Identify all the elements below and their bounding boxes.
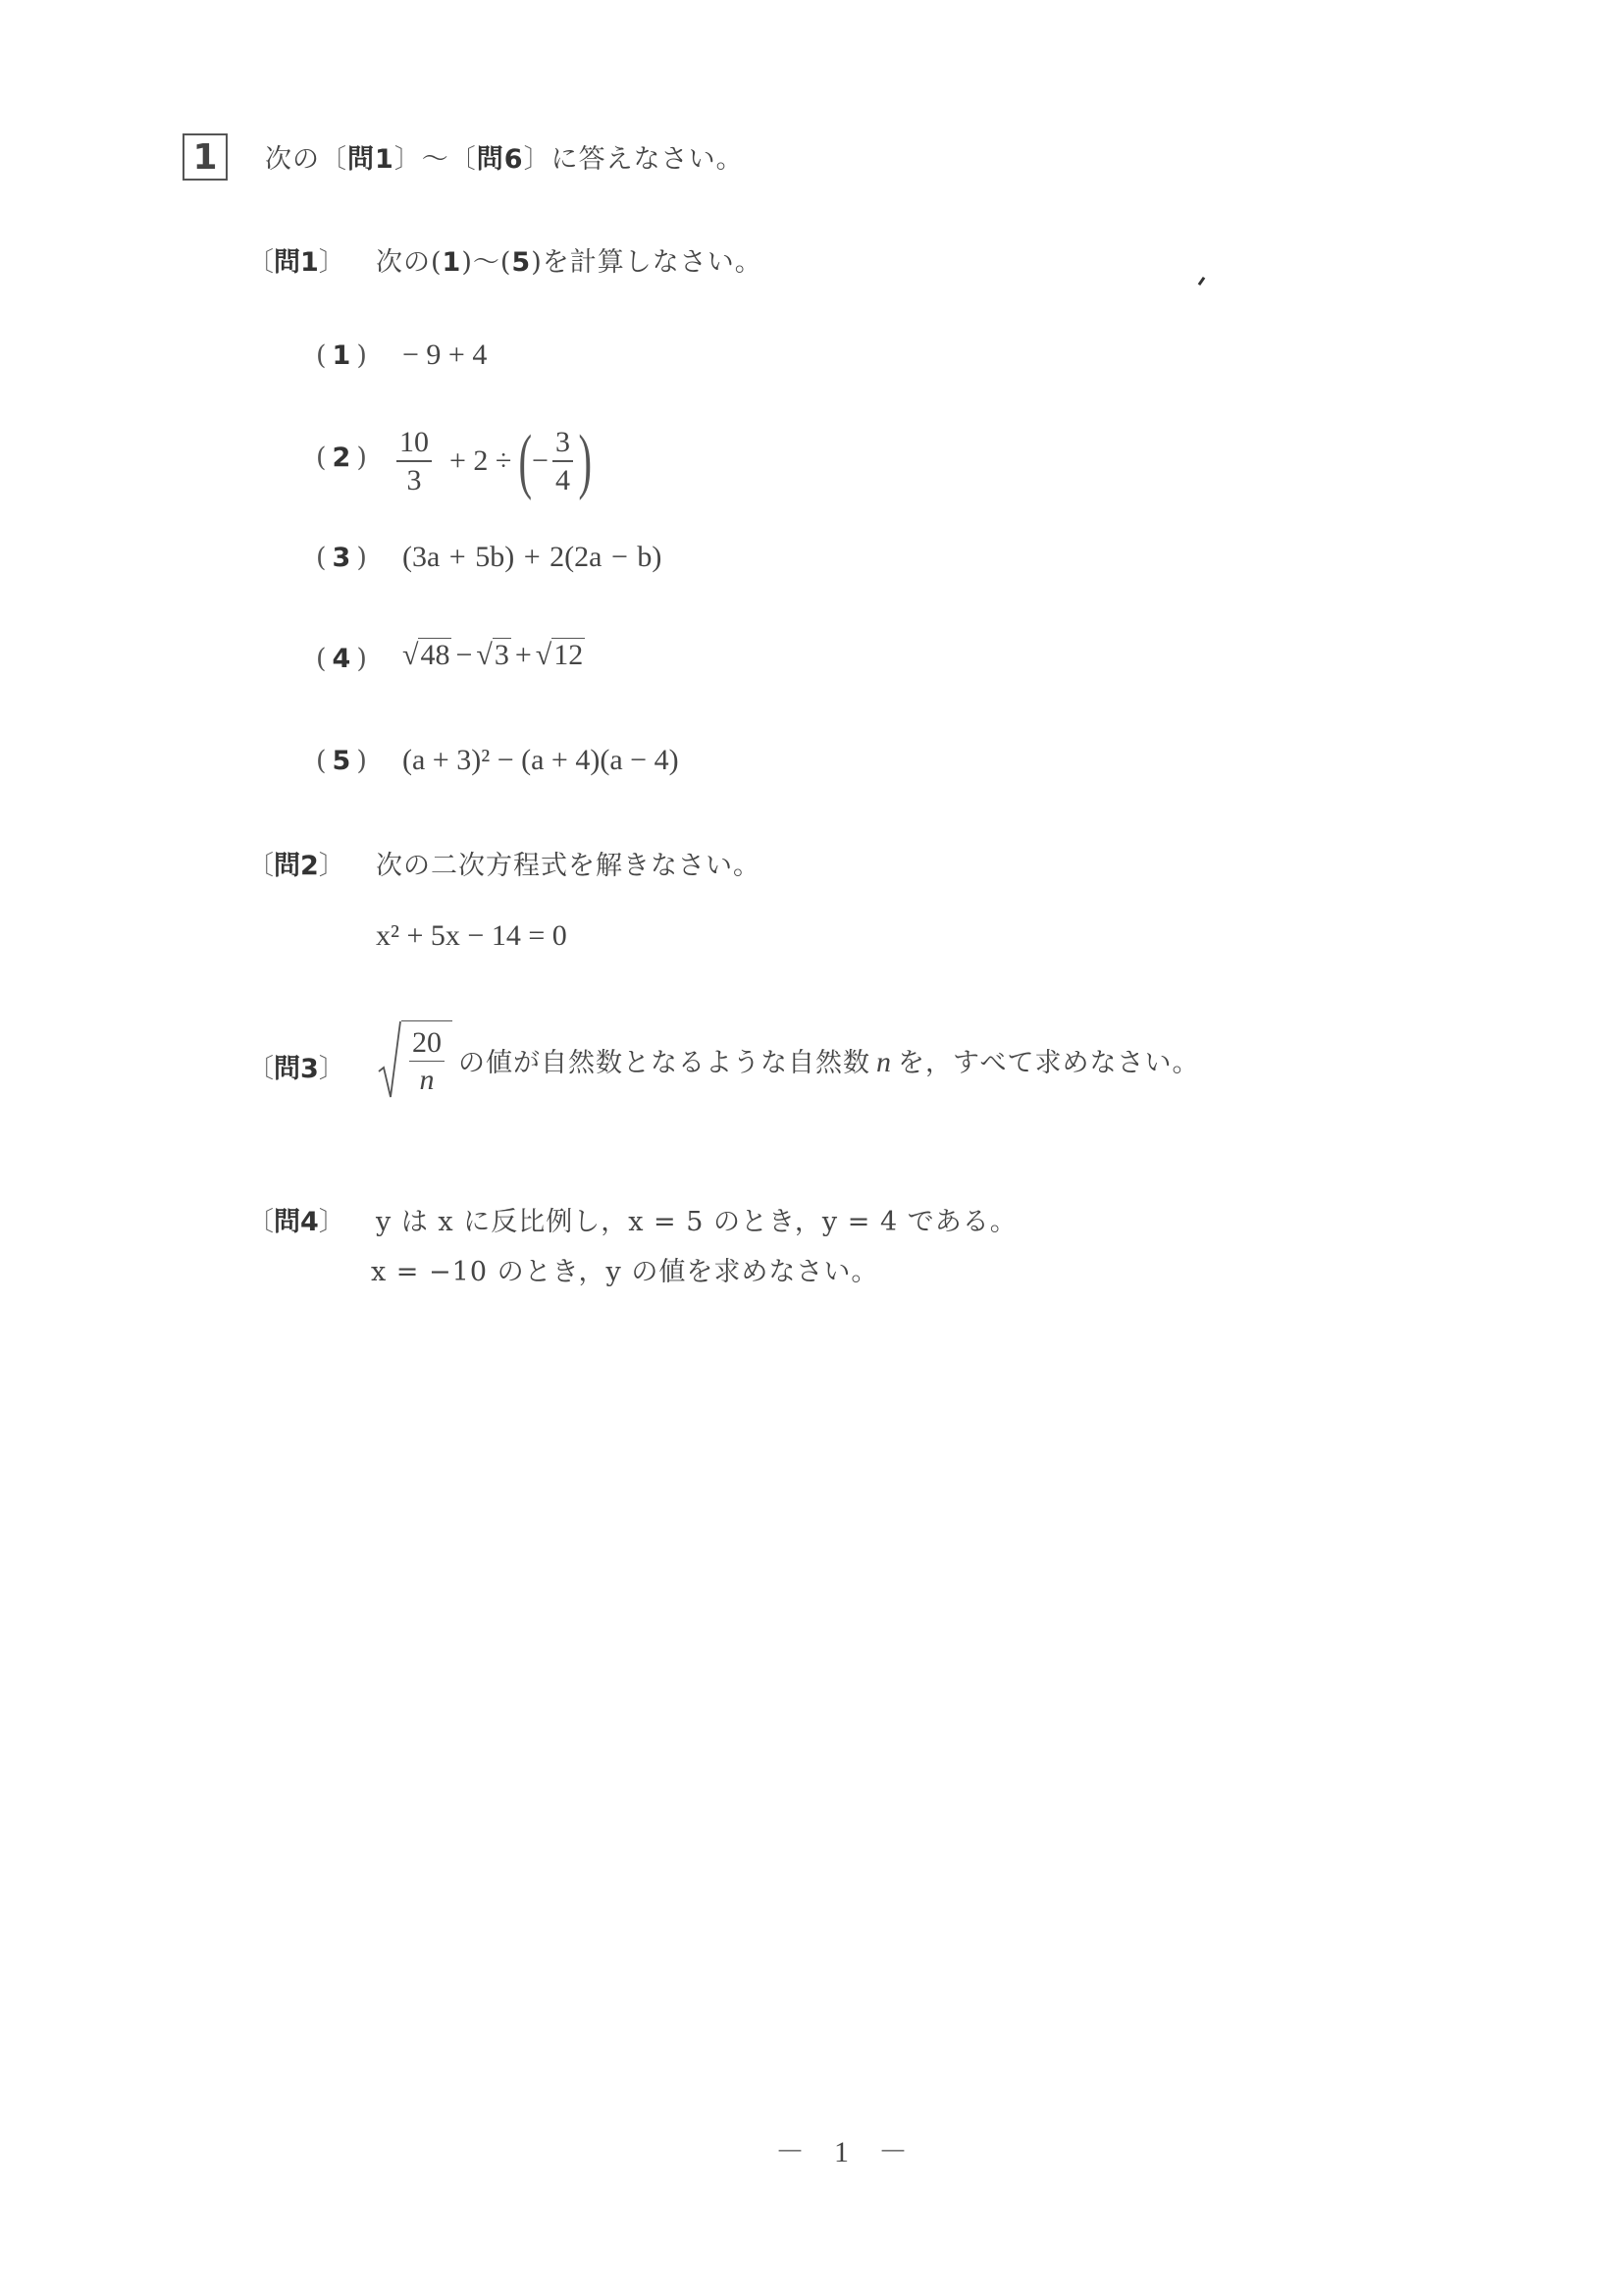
question-2-text: 次の二次方程式を解きなさい。 bbox=[376, 844, 760, 882]
question-4-line-2: x = −10 のとき，y の値を求めなさい。 bbox=[371, 1250, 878, 1288]
section-number-box: 1 bbox=[183, 133, 228, 181]
sqrt-3: √3 bbox=[476, 638, 510, 672]
sqrt-48: √48 bbox=[402, 638, 451, 672]
section-instruction: 次の〔問1〕～〔問6〕に答えなさい。 bbox=[265, 137, 744, 176]
page-number: － 1 － bbox=[775, 2127, 908, 2170]
question-4-line-1: y は x に反比例し，x = 5 のとき，y = 4 である。 bbox=[376, 1200, 1018, 1238]
instruction-post: に答えなさい。 bbox=[551, 144, 744, 175]
question-2-equation: x² + 5x − 14 = 0 bbox=[376, 919, 567, 953]
item-4-label: (4) bbox=[316, 644, 367, 674]
question-2-label: 〔問2〕 bbox=[247, 844, 345, 882]
bracket-open: 〔 bbox=[449, 144, 477, 175]
fraction-10-3: 10 3 bbox=[396, 426, 432, 496]
item-4-expression: √48 − √3 + √12 bbox=[402, 638, 585, 672]
bracket-close: 〕 bbox=[524, 144, 551, 175]
item-2-label: (2) bbox=[316, 443, 367, 473]
question-4-label: 〔問4〕 bbox=[247, 1200, 345, 1238]
item-3-expression: (3a + 5b) + 2(2a − b) bbox=[402, 541, 661, 574]
instruction-pre: 次の bbox=[265, 144, 320, 175]
bracket-close: 〕 bbox=[394, 144, 422, 175]
item-1-expression: − 9 + 4 bbox=[402, 339, 487, 372]
question-1-label: 〔問1〕 bbox=[247, 240, 345, 279]
question-1-text: 次の(1)～(5)を計算しなさい。 bbox=[376, 240, 762, 279]
fraction-3-4: 3 4 bbox=[552, 426, 573, 496]
item-3-label: (3) bbox=[316, 543, 367, 573]
bracket-open: 〔 bbox=[320, 144, 347, 175]
sqrt-20-over-n: 20 n bbox=[378, 1020, 452, 1099]
item-5-label: (5) bbox=[316, 746, 367, 776]
item-1-label: (1) bbox=[316, 340, 367, 371]
radical-sign-icon bbox=[378, 1020, 401, 1099]
question-3-text: の値が自然数となるような自然数nを，すべて求めなさい。 bbox=[458, 1041, 1199, 1079]
question-3-label: 〔問3〕 bbox=[247, 1047, 345, 1085]
sqrt-12: √12 bbox=[536, 638, 585, 672]
item-2-expression: 10 3 + 2 ÷ (− 3 4 ) bbox=[393, 417, 598, 505]
stray-mark bbox=[1198, 277, 1206, 286]
question-3-content: 20 n の値が自然数となるような自然数nを，すべて求めなさい。 bbox=[378, 1020, 1199, 1099]
instruction-tilde: ～ bbox=[422, 144, 449, 175]
instruction-q-start: 問1 bbox=[347, 144, 394, 175]
item-5-expression: (a + 3)² − (a + 4)(a − 4) bbox=[402, 744, 679, 777]
instruction-q-end: 問6 bbox=[477, 144, 524, 175]
